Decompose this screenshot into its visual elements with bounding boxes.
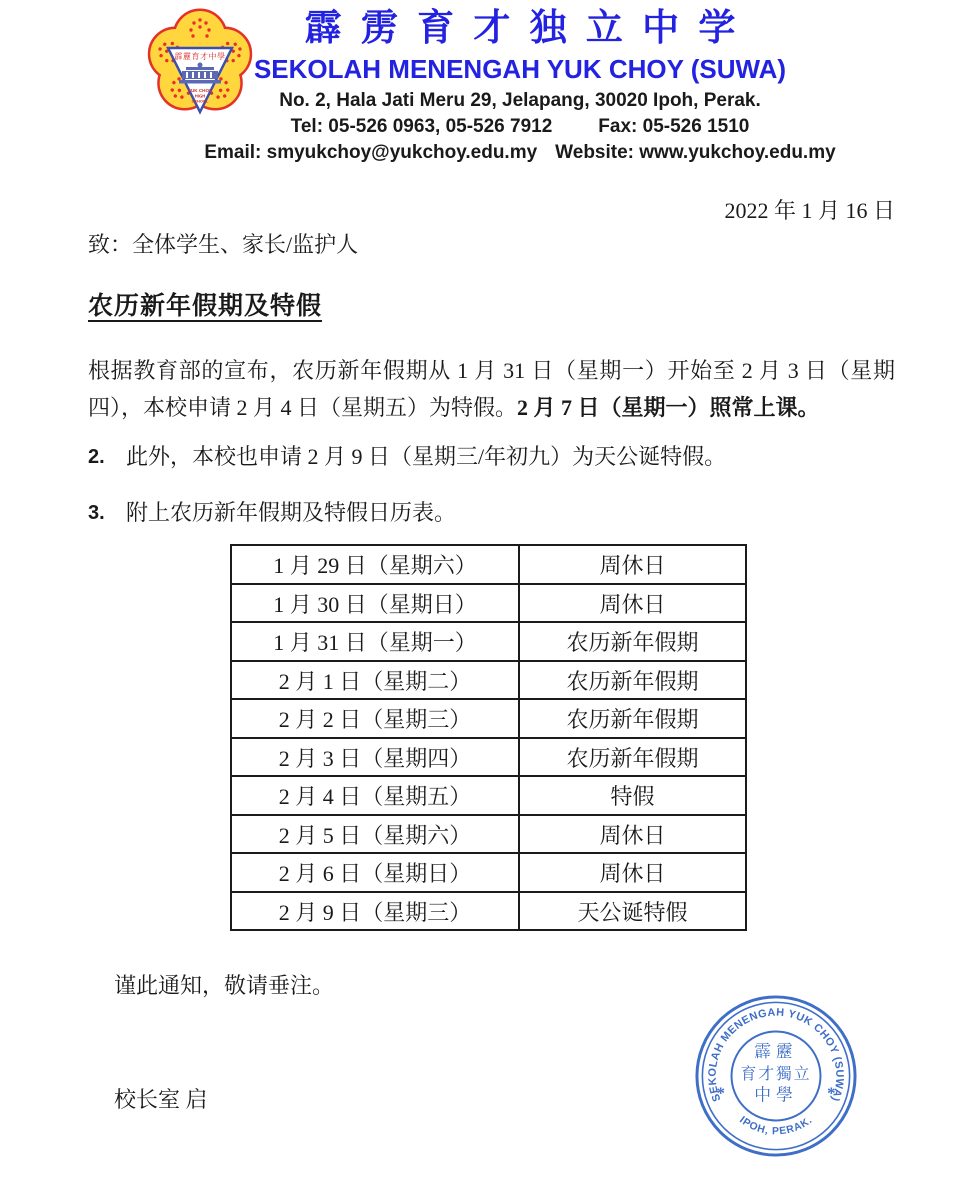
logo-triangle-text: 霹靂育才中學: [175, 51, 226, 61]
holiday-cell: 天公诞特假: [519, 892, 746, 931]
table-row: 1 月 31 日（星期一）农历新年假期: [231, 622, 746, 661]
list-item-3-text: 附上农历新年假期及特假日历表。: [126, 498, 456, 528]
table-row: 2 月 4 日（星期五）特假: [231, 776, 746, 815]
stamp-ring-text-bottom: IPOH, PERAK.: [737, 1115, 815, 1138]
letter-date: 2022 年 1 月 16 日: [0, 196, 979, 226]
fax-label: Fax: 05-526 1510: [598, 114, 749, 140]
tel-label: Tel: 05-526 0963, 05-526 7912: [291, 114, 553, 140]
table-row: 2 月 9 日（星期三）天公诞特假: [231, 892, 746, 931]
email-website-row: Email: smyukchoy@yukchoy.edu.my Website:…: [158, 140, 882, 166]
holiday-table-body: 1 月 29 日（星期六）周休日1 月 30 日（星期日）周休日1 月 31 日…: [231, 545, 746, 930]
logo-banner-line3: SCHOOL: [191, 99, 209, 104]
date-cell: 2 月 3 日（星期四）: [231, 738, 519, 777]
date-cell: 1 月 29 日（星期六）: [231, 545, 519, 584]
holiday-cell: 农历新年假期: [519, 661, 746, 700]
stamp-center-line2: 育才獨立: [740, 1065, 811, 1083]
list-item-2: 2. 此外，本校也申请 2 月 9 日（星期三/年初九）为天公诞特假。: [88, 442, 895, 472]
subject-heading: 农历新年假期及特假: [88, 290, 895, 324]
table-row: 2 月 3 日（星期四）农历新年假期: [231, 738, 746, 777]
letterhead-text: 霹雳育才独立中学 SEKOLAH MENENGAH YUK CHOY (SUWA…: [158, 8, 882, 166]
paragraph-1: 根据教育部的宣布，农历新年假期从 1 月 31 日（星期一）开始至 2 月 3 …: [88, 352, 895, 426]
salutation: 致：全体学生、家长/监护人: [0, 230, 979, 260]
holiday-cell: 农历新年假期: [519, 699, 746, 738]
school-name-chinese: 霹雳育才独立中学: [158, 8, 901, 51]
subject-text: 农历新年假期及特假: [88, 293, 322, 320]
holiday-cell: 周休日: [519, 815, 746, 854]
holiday-calendar-table: 1 月 29 日（星期六）周休日1 月 30 日（星期日）周休日1 月 31 日…: [230, 544, 747, 931]
list-item-3: 3. 附上农历新年假期及特假日历表。: [88, 498, 895, 528]
stamp-center-line3: 中學: [754, 1086, 797, 1105]
holiday-cell: 周休日: [519, 545, 746, 584]
logo-banner-line1: YUK CHOY: [188, 88, 212, 93]
tel-fax-row: Tel: 05-526 0963, 05-526 7912 Fax: 05-52…: [158, 114, 882, 140]
table-row: 1 月 30 日（星期日）周休日: [231, 584, 746, 623]
holiday-cell: 周休日: [519, 853, 746, 892]
holiday-cell: 农历新年假期: [519, 622, 746, 661]
date-cell: 1 月 31 日（星期一）: [231, 622, 519, 661]
document-page: 霹靂育才中學 YUK CHOY HIGH SCHOOL 霹雳育才独立中学 SEK…: [0, 0, 979, 1200]
paragraph-1-bold: 2 月 7 日（星期一）照常上课。: [517, 395, 820, 420]
table-row: 2 月 6 日（星期日）周休日: [231, 853, 746, 892]
letterhead: 霹靂育才中學 YUK CHOY HIGH SCHOOL 霹雳育才独立中学 SEK…: [0, 0, 979, 166]
school-stamp: SEKOLAH MENENGAH YUK CHOY (SUWA) IPOH, P…: [692, 992, 860, 1160]
school-name-english: SEKOLAH MENENGAH YUK CHOY (SUWA): [158, 55, 882, 84]
school-logo-icon: 霹靂育才中學 YUK CHOY HIGH SCHOOL: [146, 6, 254, 130]
date-cell: 2 月 2 日（星期三）: [231, 699, 519, 738]
date-cell: 2 月 1 日（星期二）: [231, 661, 519, 700]
email-label: Email: smyukchoy@yukchoy.edu.my: [204, 140, 537, 166]
list-item-2-text: 此外，本校也申请 2 月 9 日（星期三/年初九）为天公诞特假。: [126, 442, 726, 472]
stamp-star-right-icon: *: [827, 1084, 835, 1103]
date-cell: 1 月 30 日（星期日）: [231, 584, 519, 623]
stamp-star-left-icon: *: [716, 1084, 724, 1103]
table-row: 2 月 5 日（星期六）周休日: [231, 815, 746, 854]
holiday-cell: 特假: [519, 776, 746, 815]
table-row: 2 月 1 日（星期二）农历新年假期: [231, 661, 746, 700]
date-cell: 2 月 9 日（星期三）: [231, 892, 519, 931]
table-row: 1 月 29 日（星期六）周休日: [231, 545, 746, 584]
list-item-2-number: 2.: [88, 442, 126, 472]
date-cell: 2 月 6 日（星期日）: [231, 853, 519, 892]
list-item-3-number: 3.: [88, 498, 126, 528]
table-row: 2 月 2 日（星期三）农历新年假期: [231, 699, 746, 738]
svg-text:IPOH, PERAK.: IPOH, PERAK.: [737, 1115, 815, 1138]
holiday-cell: 周休日: [519, 584, 746, 623]
date-cell: 2 月 4 日（星期五）: [231, 776, 519, 815]
stamp-center-line1: 霹靂: [754, 1042, 797, 1061]
holiday-cell: 农历新年假期: [519, 738, 746, 777]
website-label: Website: www.yukchoy.edu.my: [555, 140, 836, 166]
school-address: No. 2, Hala Jati Meru 29, Jelapang, 3002…: [158, 89, 882, 114]
date-cell: 2 月 5 日（星期六）: [231, 815, 519, 854]
